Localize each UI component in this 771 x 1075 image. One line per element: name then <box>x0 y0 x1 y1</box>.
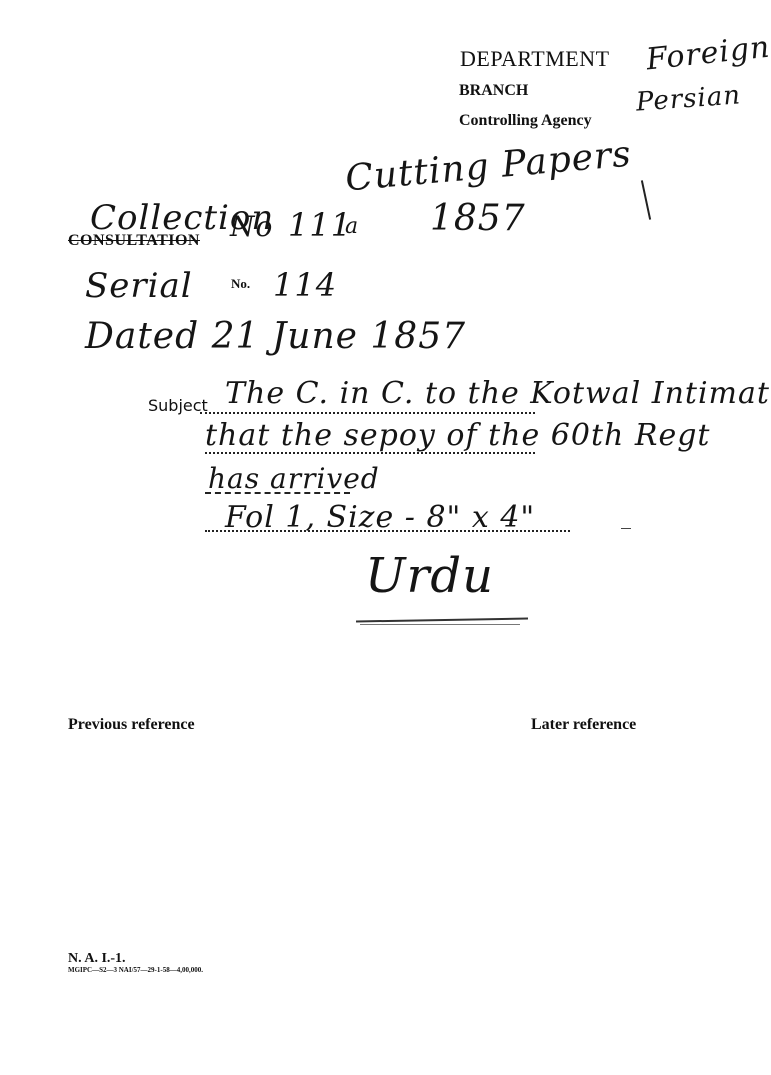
branch-value-handwritten: Persian <box>635 80 742 117</box>
underline-stroke <box>360 624 520 625</box>
collection-suffix: a <box>345 214 359 239</box>
subject-label: Subject <box>148 396 208 415</box>
cutting-papers-note: Cutting Papers <box>344 134 633 200</box>
branch-label: BRANCH <box>459 82 528 100</box>
subject-dotted-line <box>200 412 535 414</box>
dash-mark <box>621 528 631 529</box>
controlling-agency-label: Controlling Agency <box>459 112 592 130</box>
subject-line: Fol 1, Size - 8" x 4" <box>225 500 535 535</box>
date-handwritten: Dated 21 June 1857 <box>85 316 466 357</box>
subject-line: has arrived <box>208 462 380 495</box>
serial-handwritten-label: Serial <box>85 266 193 306</box>
collection-number: 111 <box>288 206 352 244</box>
department-value-handwritten: Foreign <box>645 30 771 78</box>
print-code: MGIPC—S2—3 NAI/57—29-1-58—4,00,000. <box>68 966 203 974</box>
collection-no-mark: No <box>230 210 273 243</box>
department-label: DEPARTMENT <box>460 46 610 72</box>
pen-stroke-mark <box>641 180 651 220</box>
subject-line: that the sepoy of the 60th Regt <box>205 418 710 453</box>
subject-line: The C. in C. to the Kotwal Intimates <box>225 376 771 411</box>
serial-number: 114 <box>273 266 337 304</box>
underline-stroke <box>356 617 528 622</box>
serial-no-label: No. <box>231 276 250 292</box>
collection-year: 1857 <box>430 198 526 239</box>
language-handwritten: Urdu <box>365 548 494 604</box>
previous-reference-label: Previous reference <box>68 716 195 734</box>
form-id: N. A. I.-1. <box>68 951 126 967</box>
later-reference-label: Later reference <box>531 716 636 734</box>
